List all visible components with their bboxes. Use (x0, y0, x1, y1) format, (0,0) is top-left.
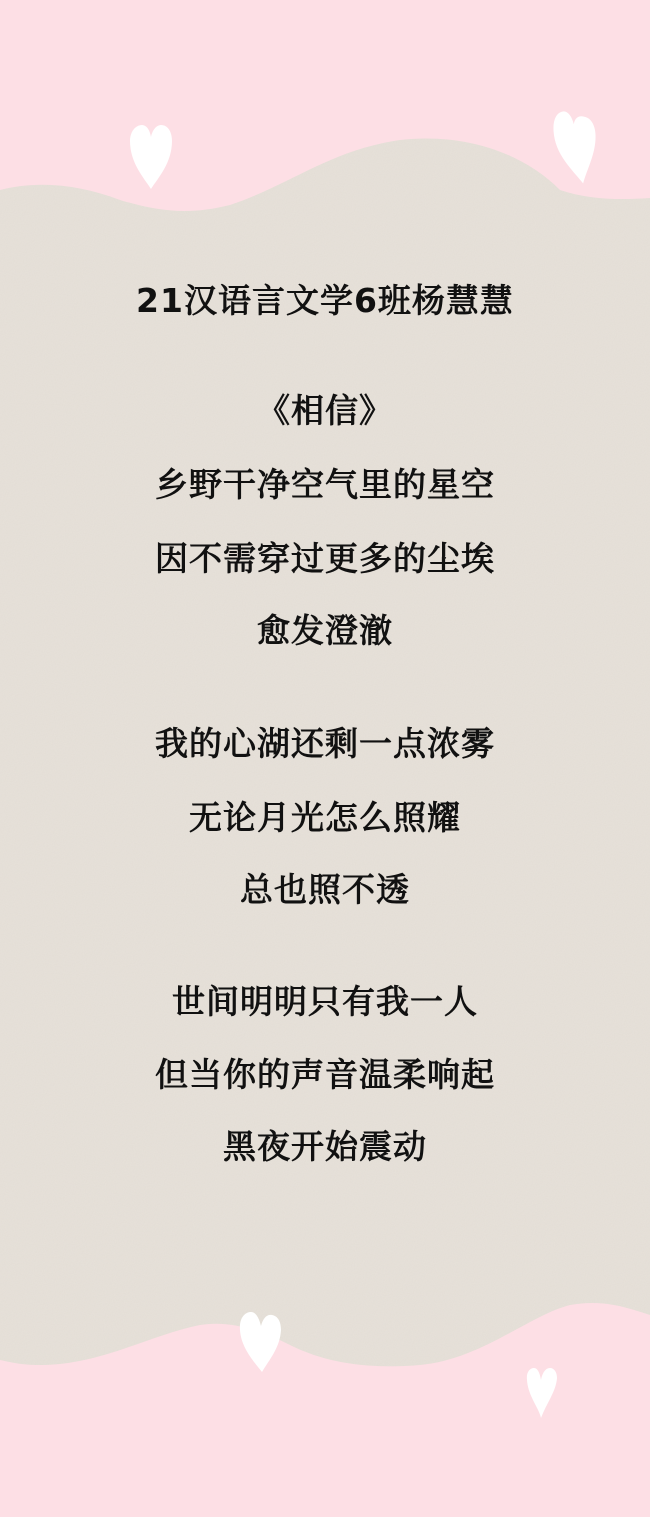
heart-icon (128, 123, 174, 191)
poem-line: 我的心湖还剩一点浓雾 (0, 724, 650, 764)
poem-line: 但当你的声音温柔响起 (0, 1055, 650, 1095)
poem-line: 黑夜开始震动 (0, 1127, 650, 1167)
heart-icon (237, 1308, 283, 1374)
poem-line: 乡野干净空气里的星空 (0, 465, 650, 505)
heart-icon (524, 1364, 560, 1420)
author-line: 21汉语言文学6班杨慧慧 (0, 281, 650, 321)
poem-title: 《相信》 (0, 391, 650, 431)
poem-line: 无论月光怎么照耀 (0, 798, 650, 838)
poem-line: 总也照不透 (0, 870, 650, 910)
poem-line: 因不需穿过更多的尘埃 (0, 539, 650, 579)
poem-line: 世间明明只有我一人 (0, 982, 650, 1022)
poem-line: 愈发澄澈 (0, 611, 650, 651)
